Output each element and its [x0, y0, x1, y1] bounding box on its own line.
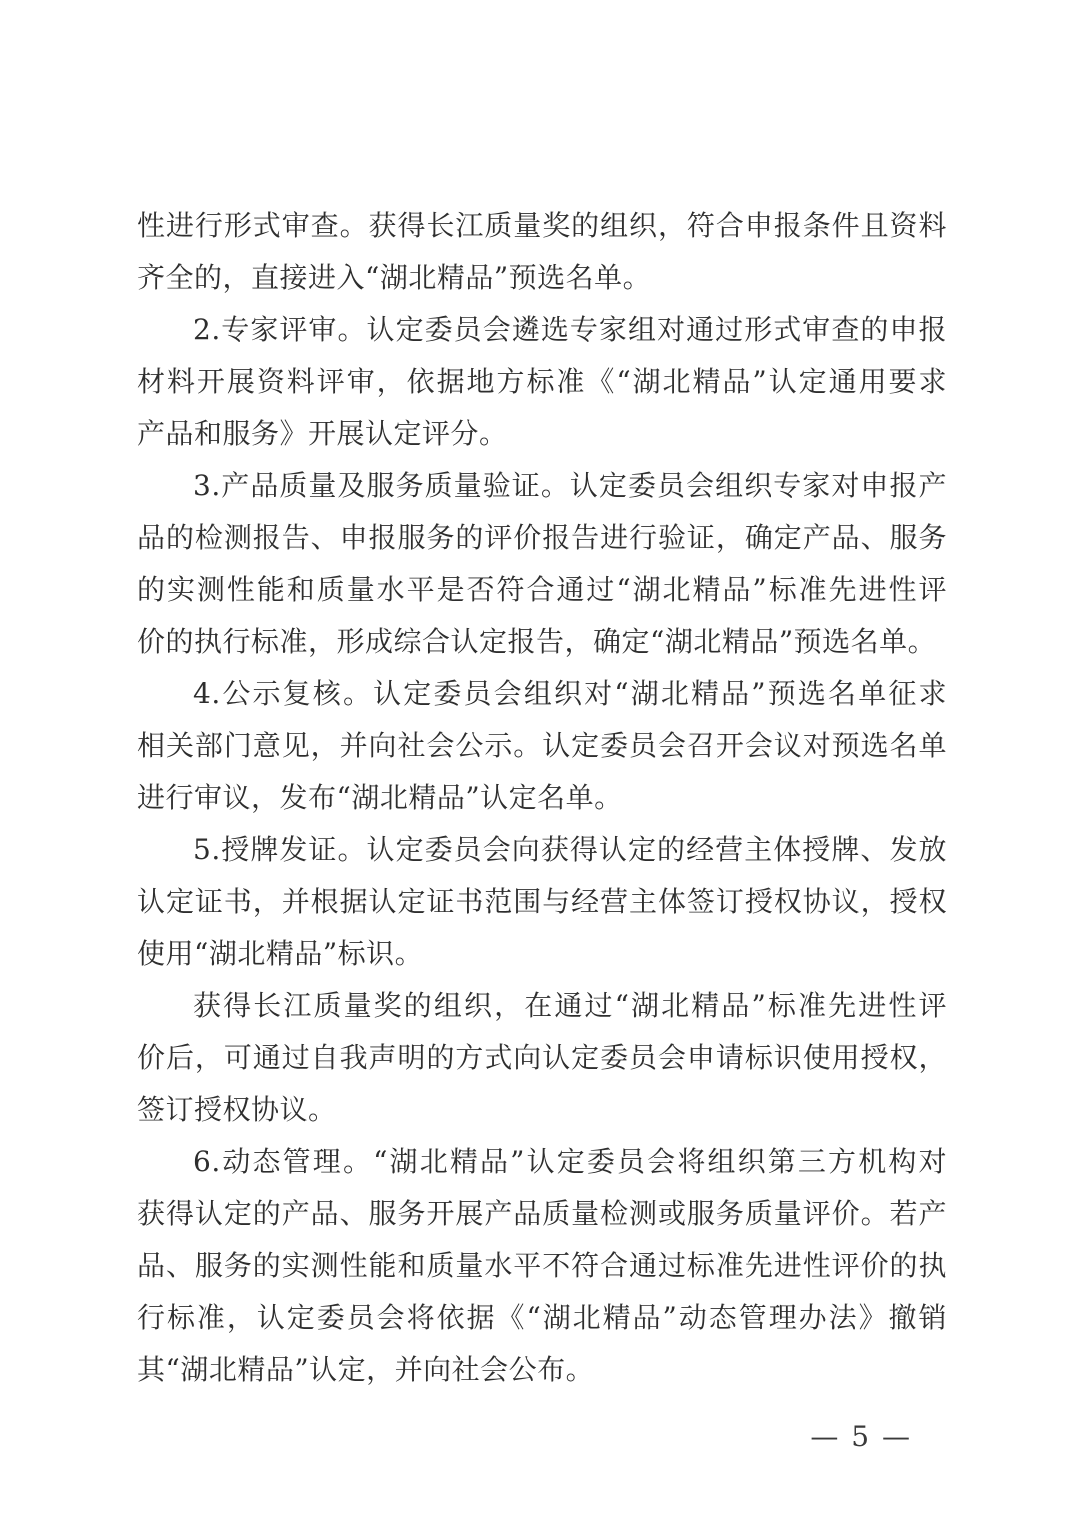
text-line: 性进行形式审查。获得长江质量奖的组织，符合申报条件且资料	[137, 200, 947, 252]
text-line: 相关部门意见，并向社会公示。认定委员会召开会议对预选名单	[137, 720, 947, 772]
text-line: 品、服务的实测性能和质量水平不符合通过标准先进性评价的执	[137, 1240, 947, 1292]
text-line: 使用“湖北精品”标识。	[137, 928, 947, 980]
text-line: 材料开展资料评审，依据地方标准《“湖北精品”认定通用要求	[137, 356, 947, 408]
text-line: 产品和服务》开展认定评分。	[137, 408, 947, 460]
text-line: 认定证书，并根据认定证书范围与经营主体签订授权协议，授权	[137, 876, 947, 928]
text-line: 品的检测报告、申报服务的评价报告进行验证，确定产品、服务	[137, 512, 947, 564]
text-line: 其“湖北精品”认定，并向社会公布。	[137, 1344, 947, 1396]
text-line: 进行审议，发布“湖北精品”认定名单。	[137, 772, 947, 824]
text-line: 行标准，认定委员会将依据《“湖北精品”动态管理办法》撤销	[137, 1292, 947, 1344]
text-line: 3.产品质量及服务质量验证。认定委员会组织专家对申报产	[137, 460, 947, 512]
text-line: 价后，可通过自我声明的方式向认定委员会申请标识使用授权，	[137, 1032, 947, 1084]
text-line: 价的执行标准，形成综合认定报告，确定“湖北精品”预选名单。	[137, 616, 947, 668]
text-line: 获得长江质量奖的组织，在通过“湖北精品”标准先进性评	[137, 980, 947, 1032]
text-line: 齐全的，直接进入“湖北精品”预选名单。	[137, 252, 947, 304]
text-line: 2.专家评审。认定委员会遴选专家组对通过形式审查的申报	[137, 304, 947, 356]
text-line: 4.公示复核。认定委员会组织对“湖北精品”预选名单征求	[137, 668, 947, 720]
text-line: 的实测性能和质量水平是否符合通过“湖北精品”标准先进性评	[137, 564, 947, 616]
text-line: 签订授权协议。	[137, 1084, 947, 1136]
text-line: 获得认定的产品、服务开展产品质量检测或服务质量评价。若产	[137, 1188, 947, 1240]
document-page: 性进行形式审查。获得长江质量奖的组织，符合申报条件且资料齐全的，直接进入“湖北精…	[0, 0, 1080, 1527]
body-text: 性进行形式审查。获得长江质量奖的组织，符合申报条件且资料齐全的，直接进入“湖北精…	[137, 200, 947, 1396]
text-line: 6.动态管理。“湖北精品”认定委员会将组织第三方机构对	[137, 1136, 947, 1188]
page-number: — 5 —	[810, 1420, 912, 1454]
text-line: 5.授牌发证。认定委员会向获得认定的经营主体授牌、发放	[137, 824, 947, 876]
